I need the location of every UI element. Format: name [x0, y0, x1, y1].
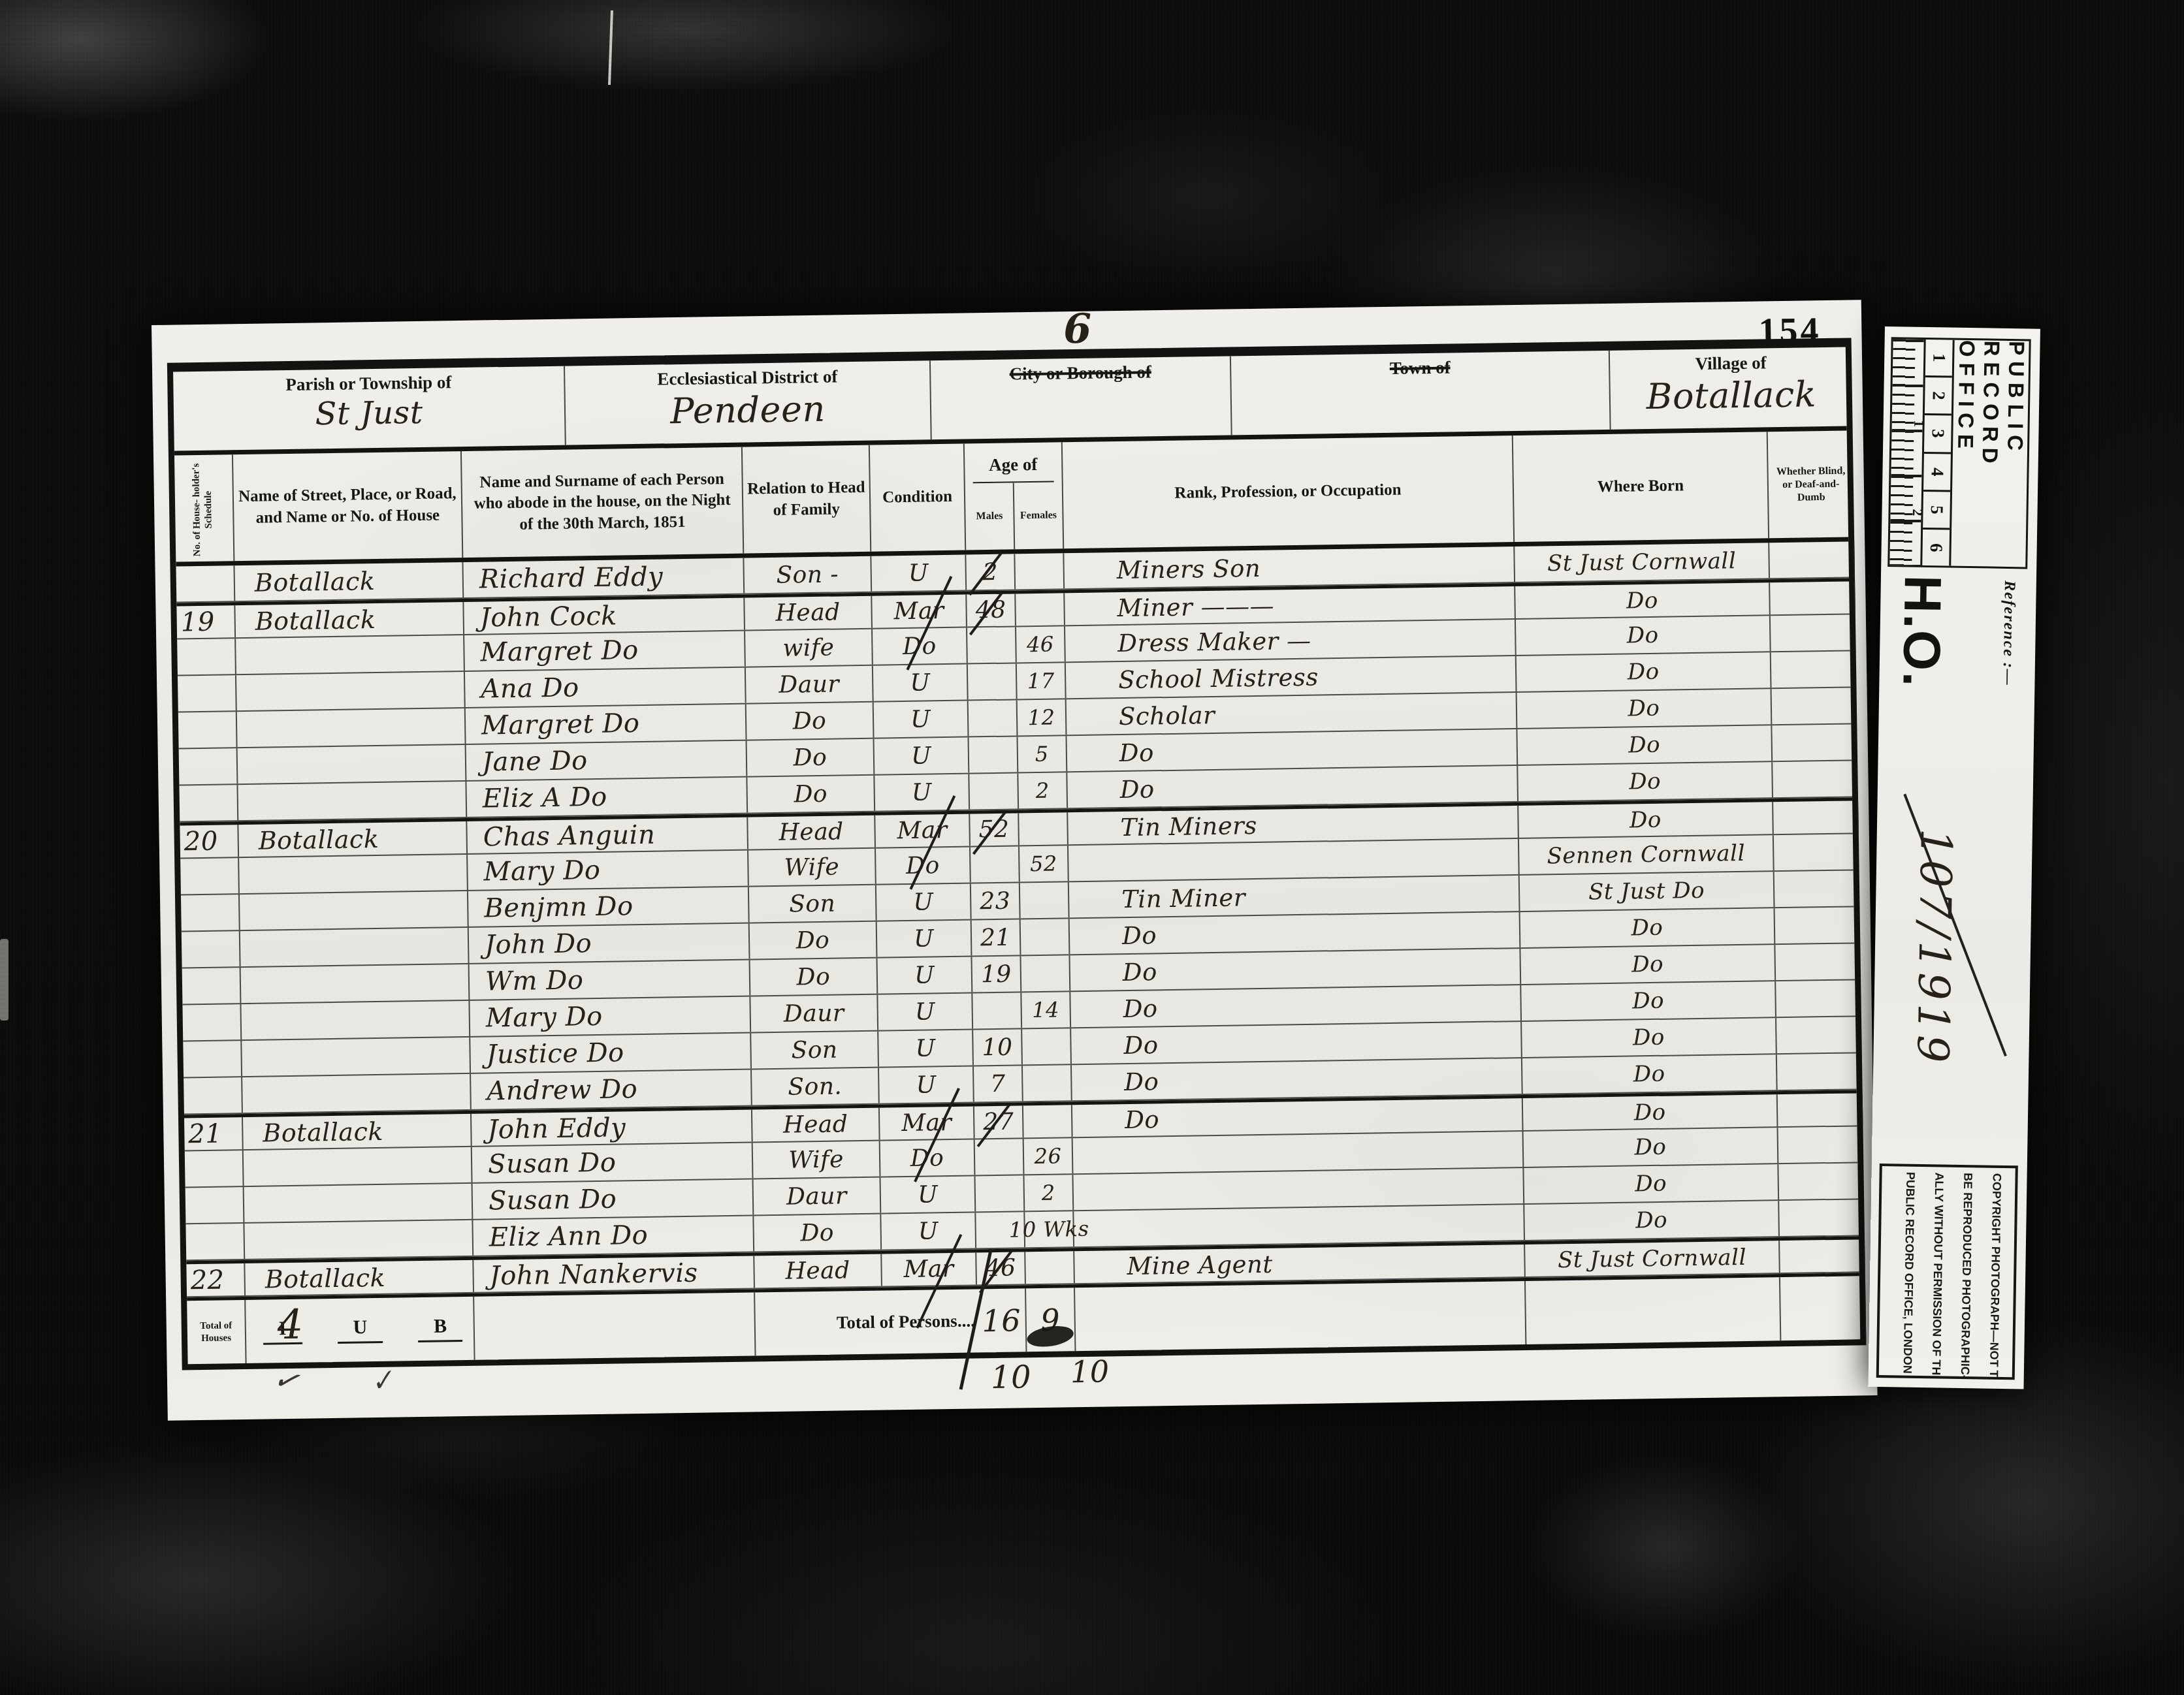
cell-born: Sennen Cornwall [1519, 835, 1774, 874]
handwritten-entry: Mar [893, 597, 944, 625]
handwritten-entry: U [916, 1071, 936, 1098]
handwritten-entry: U [912, 779, 932, 806]
cell-condition: U [878, 957, 973, 993]
total-persons-label-cell: Total of Persons.... [755, 1289, 978, 1355]
cell-relation: Do [750, 958, 878, 996]
cell-age-male [967, 627, 1017, 663]
handwritten-entry: wife [782, 634, 835, 661]
handwritten-entry: Do [1123, 1031, 1159, 1060]
cell-age-male [968, 663, 1018, 699]
reference-number: 107/1919 [1907, 829, 1961, 1067]
cell-schedule [181, 895, 240, 930]
handwritten-entry: Daur [786, 1182, 847, 1210]
census-table: Parish or Township of St Just Ecclesiast… [167, 338, 1867, 1370]
handwritten-entry: Do [1628, 695, 1660, 722]
cell-age-male: 48 [967, 594, 1016, 626]
cell-condition: U [879, 1066, 974, 1103]
corrected-males-total: 10 [991, 1359, 1032, 1396]
cell-name: John Cock [464, 598, 745, 634]
ruler-scale-number: 1 [1910, 420, 1927, 427]
cell-schedule [180, 858, 240, 894]
cell-born: Do [1518, 762, 1773, 801]
cell-born: St Just Do [1520, 872, 1775, 911]
handwritten-entry: Do [1123, 994, 1158, 1023]
handwritten-entry: Susan Do [489, 1184, 617, 1216]
cell-infirm [1774, 834, 1859, 870]
cell-age-female [1020, 882, 1070, 918]
total-houses-label-cell: Total of Houses [187, 1300, 246, 1364]
cell-occupation: Do [1067, 766, 1518, 808]
handwritten-entry: Mary Do [483, 855, 601, 887]
handwritten-entry: 19 [180, 607, 215, 637]
cell-schedule [184, 1077, 243, 1113]
summary-empty-cell [474, 1292, 756, 1359]
handwritten-entry: Head [783, 1111, 848, 1138]
cell-born: St Just Cornwall [1525, 1241, 1780, 1276]
handwritten-entry: 46 [1027, 632, 1054, 657]
cell-occupation: Miner ——— [1065, 586, 1516, 625]
handwritten-entry: 7 [990, 1070, 1006, 1097]
cell-condition: Do [873, 628, 968, 665]
houses-inhabited-value: 4 [277, 1301, 304, 1349]
cell-born: Do [1524, 1128, 1779, 1167]
division-label: Village of [1610, 347, 1852, 375]
cell-infirm [1772, 688, 1857, 724]
cell-condition: Mar [880, 1106, 975, 1139]
cell-relation: Daur [750, 995, 878, 1032]
handwritten-entry: 52 [1030, 851, 1057, 877]
cell-relation: Head [754, 1254, 882, 1288]
column-born: Where Born [1513, 432, 1769, 542]
handwritten-entry: U [914, 925, 934, 952]
column-age: Age of Males Females [965, 442, 1064, 550]
cell-name: Mary Do [468, 851, 749, 890]
cell-infirm [1775, 943, 1861, 980]
cell-born: Do [1517, 689, 1773, 728]
handwritten-entry: Do [800, 1219, 834, 1246]
cell-relation: Do [747, 703, 875, 740]
cell-age-female: 2 [1024, 1175, 1074, 1211]
copyright-line: COPYRIGHT PHOTOGRAPH—NOT TO [1980, 1173, 2012, 1372]
column-name: Name and Surname of each Person who abod… [462, 447, 744, 558]
cell-age-male: 10 [973, 1029, 1023, 1065]
summary-born-cell: 1 m [1526, 1277, 1781, 1344]
total-males-value: 16 [982, 1303, 1021, 1339]
cell-age-male: 7 [974, 1066, 1023, 1101]
cell-age-female: 52 [1020, 846, 1069, 881]
ruler-box-number: 5 [1927, 505, 1947, 515]
cell-condition: U [878, 993, 973, 1030]
cell-age-female [1021, 919, 1070, 955]
handwritten-entry: Do [1627, 659, 1659, 686]
handwritten-entry: Eliz A Do [482, 782, 607, 814]
handwritten-entry: Son - [776, 561, 839, 588]
handwritten-entry: 5 [1035, 742, 1049, 767]
cell-schedule [178, 675, 237, 711]
copyright-line: ALLY WITHOUT PERMISSION OF THE [1922, 1172, 1954, 1371]
cell-name: John Eddy [472, 1109, 753, 1145]
cell-schedule [176, 565, 235, 601]
cell-age-female [1015, 553, 1065, 589]
cell-born: Do [1522, 1054, 1778, 1094]
column-label: Condition [882, 486, 952, 509]
handwritten-entry: 22 [190, 1265, 225, 1295]
cell-born: Do [1522, 1018, 1777, 1057]
handwritten-entry: 26 [1034, 1143, 1061, 1169]
column-label: No. of House- holder's Schedule [190, 458, 215, 563]
handwritten-entry: Richard Eddy [479, 562, 663, 594]
building-label: B [418, 1315, 463, 1342]
handwritten-entry: Botallack [263, 1117, 383, 1147]
cell-street [244, 1184, 474, 1222]
cell-street [241, 1001, 470, 1039]
cell-name: Jane Do [466, 741, 748, 780]
cell-age-female: 17 [1017, 663, 1067, 699]
cell-infirm [1770, 581, 1855, 614]
ruler-box-number: 2 [1928, 391, 1948, 400]
cell-schedule: 22 [186, 1263, 246, 1296]
summary-empty-cell [1075, 1281, 1526, 1351]
handwritten-entry: Head [775, 599, 841, 626]
cell-name: Chas Anguin [467, 817, 748, 853]
cell-relation: Daur [746, 666, 874, 703]
cell-relation: Head [745, 596, 873, 630]
corrected-females-total: 10 [1070, 1354, 1110, 1389]
cell-relation: Son. [752, 1068, 880, 1105]
cell-condition: U [871, 555, 967, 592]
column-age-males: Males [965, 483, 1016, 550]
cell-age-female [1021, 955, 1070, 991]
cell-infirm [1778, 1163, 1864, 1199]
cell-occupation [1068, 839, 1520, 881]
cell-schedule [185, 1150, 244, 1186]
handwritten-entry: Mar [897, 817, 948, 844]
cell-condition: U [875, 738, 970, 774]
cell-age-female: 46 [1016, 626, 1066, 662]
cell-name: Benjmn Do [468, 887, 750, 927]
handwritten-entry: U [910, 706, 931, 733]
cell-age-female: 12 [1018, 699, 1067, 735]
copyright-text: COPYRIGHT PHOTOGRAPH—NOT TOBE REPRODUCED… [1883, 1171, 2012, 1372]
handwritten-entry: Do [794, 780, 827, 808]
reference-label: Reference :— [1999, 580, 2018, 686]
cell-street: Botallack [235, 602, 464, 637]
cell-condition: Do [876, 847, 971, 883]
ruler-box-number: 4 [1927, 467, 1947, 476]
handwritten-entry: Do [1626, 587, 1658, 614]
handwritten-entry: U [918, 1181, 938, 1208]
cell-infirm [1771, 614, 1856, 651]
handwritten-entry: Head [785, 1257, 850, 1284]
division-label: Parish or Township of [173, 366, 564, 397]
handwritten-entry: Botallack [258, 824, 379, 855]
handwritten-entry: Mar [903, 1256, 954, 1283]
cell-infirm [1776, 980, 1861, 1017]
cell-born: Do [1517, 725, 1773, 765]
uninhabited-label: U [337, 1316, 383, 1344]
cell-occupation: Dress Maker — [1065, 620, 1517, 661]
cell-age-male [969, 700, 1018, 736]
cell-occupation: Do [1070, 912, 1521, 954]
cell-age-male: 2 [966, 554, 1016, 590]
column-relation: Relation to Head of Family [743, 445, 871, 554]
division-value: Botallack [1610, 373, 1852, 417]
handwritten-entry: Do [793, 744, 827, 771]
cell-schedule: 19 [176, 605, 236, 638]
handwritten-entry: 10 Wks [1009, 1216, 1089, 1243]
cell-street [236, 672, 466, 710]
handwritten-entry: Mary Do [485, 1002, 603, 1034]
column-occupation: Rank, Profession, or Occupation [1063, 436, 1515, 548]
cell-schedule [182, 931, 241, 967]
film-speck [0, 939, 8, 1021]
handwritten-entry: Do [1125, 1105, 1160, 1134]
cell-relation: Do [747, 776, 875, 813]
cell-infirm [1778, 1093, 1863, 1126]
cell-age-male [975, 1139, 1025, 1175]
cell-relation: Do [747, 739, 875, 776]
handwritten-entry: Do [1628, 732, 1660, 759]
ruler-box: 5 [1923, 492, 1950, 530]
summary-empty-cell [1780, 1276, 1866, 1340]
column-age-subheads: Males Females [965, 482, 1063, 550]
handwritten-entry: Miners Son [1116, 554, 1261, 584]
handwritten-entry: 21 [980, 924, 1011, 951]
cell-occupation: Do [1071, 1022, 1522, 1064]
cell-schedule [183, 1041, 242, 1077]
handwritten-entry: Do [1119, 775, 1155, 804]
division-village: Village of Botallack [1610, 347, 1853, 429]
division-label: Ecclesiastical District of [565, 360, 930, 390]
cell-schedule [179, 748, 238, 784]
handwritten-entry: Do [1629, 768, 1661, 795]
division-town: Town of [1231, 351, 1611, 436]
cell-condition: Do [880, 1139, 976, 1176]
handwritten-entry: 14 [1032, 997, 1059, 1022]
cell-name: Susan Do [472, 1143, 754, 1182]
handwritten-entry: 17 [1027, 669, 1055, 694]
total-females-cell: 9 [1026, 1288, 1076, 1352]
cell-name: Margret Do [464, 631, 746, 671]
cell-occupation: Do [1072, 1098, 1524, 1137]
ruler-box: 1 [1925, 340, 1953, 378]
column-label: Rank, Profession, or Occupation [1174, 480, 1401, 505]
cell-relation: Daur [754, 1178, 882, 1215]
handwritten-entry: U [914, 962, 935, 989]
handwritten-entry: Justice Do [486, 1038, 624, 1069]
column-label: Relation to Head of Family [747, 477, 866, 522]
total-persons-label: Total of Persons.... [837, 1310, 975, 1333]
cell-street [242, 1074, 472, 1113]
cell-age-female [1023, 1105, 1073, 1137]
cell-age-male [972, 992, 1022, 1028]
handwritten-entry: 10 [982, 1034, 1012, 1061]
handwritten-entry: Wife [784, 853, 839, 881]
cell-infirm [1772, 724, 1857, 761]
total-males-cell: 16 [977, 1288, 1027, 1352]
cell-relation: Wife [753, 1141, 881, 1179]
handwritten-entry: Do [796, 963, 830, 990]
cell-street [237, 708, 466, 747]
reference-area: H.O. Reference :— [1886, 571, 2028, 723]
cell-schedule [182, 968, 242, 1004]
cell-condition: U [877, 920, 972, 957]
cell-name: John Nankervis [474, 1256, 755, 1291]
ruler-numbered-boxes: 123456 [1920, 340, 1954, 566]
cell-age-female [1016, 593, 1065, 626]
handwritten-entry: John Eddy [487, 1113, 626, 1145]
reference-department: H.O. [1891, 575, 1953, 688]
cell-name: Ana Do [465, 668, 747, 707]
cell-occupation: Do [1072, 1058, 1523, 1100]
handwritten-entry: Daur [784, 1000, 844, 1027]
cell-street: Botallack [245, 1260, 474, 1295]
cell-schedule [185, 1224, 245, 1259]
handwritten-entry: 21 [188, 1118, 223, 1149]
ruler-box-number: 6 [1926, 543, 1946, 552]
handwritten-entry: Son [791, 1036, 838, 1064]
cell-street: Botallack [238, 821, 468, 857]
pro-label-strip: 1 2 123456 PUBLIC RECORD OFFICE H.O. Ref… [1868, 326, 2040, 1389]
cell-relation: wife [745, 629, 873, 667]
cell-relation: Do [754, 1214, 882, 1252]
cell-occupation: Do [1070, 985, 1522, 1027]
handwritten-entry: Do [1632, 988, 1664, 1015]
handwritten-entry: U [910, 669, 930, 696]
handwritten-entry: Do [1634, 1134, 1666, 1161]
ruler-box: 4 [1923, 453, 1951, 492]
cell-street [239, 855, 468, 893]
cell-schedule: 21 [184, 1117, 244, 1150]
cell-age-male: 19 [972, 956, 1021, 992]
handwritten-entry: St Just Cornwall [1558, 1244, 1747, 1273]
division-city-borough: City or Borough of [931, 356, 1232, 439]
cell-relation: Son [749, 885, 877, 923]
column-condition: Condition [870, 444, 966, 552]
division-parish: Parish or Township of St Just [173, 366, 566, 451]
cell-schedule [185, 1187, 245, 1223]
handwritten-entry: U [915, 998, 935, 1025]
handwritten-entry: School Mistress [1118, 663, 1319, 694]
census-page: 6 154 Parish or Township of St Just Eccl… [152, 300, 1878, 1421]
column-age-label: Age of [972, 443, 1054, 484]
handwritten-entry: Son. [788, 1073, 843, 1100]
division-ecclesiastical: Ecclesiastical District of Pendeen [565, 360, 932, 445]
handwritten-entry: Tin Miner [1121, 883, 1245, 913]
handwritten-entry: Tin Miners [1120, 812, 1257, 842]
cell-occupation: Miners Son [1064, 547, 1515, 588]
cell-street [236, 635, 465, 674]
cell-name: Justice Do [470, 1033, 752, 1072]
cell-age-male: 21 [972, 919, 1021, 955]
cell-schedule [178, 712, 238, 748]
handwritten-entry: Do [1633, 1099, 1665, 1126]
column-schedule: No. of House- holder's Schedule [174, 454, 234, 562]
division-value: Pendeen [566, 387, 931, 433]
cell-born: Do [1523, 1094, 1778, 1130]
handwritten-entry: Do [1630, 806, 1662, 833]
handwritten-entry: St Just Cornwall [1547, 548, 1737, 577]
handwritten-entry: Botallack [255, 605, 376, 635]
handwritten-entry: Andrew Do [487, 1074, 637, 1106]
handwritten-entry: Chas Anguin [483, 819, 655, 852]
handwritten-entry: 2 [1042, 1180, 1055, 1205]
cell-infirm [1777, 1053, 1863, 1090]
cell-age-female: 14 [1021, 992, 1071, 1028]
cell-condition: U [875, 774, 970, 810]
cell-age-female [1025, 1251, 1075, 1284]
handwritten-entry: Do [1124, 1068, 1159, 1096]
cell-age-male: 52 [970, 813, 1020, 846]
cell-relation: Son - [744, 556, 872, 594]
cell-condition: U [876, 883, 972, 920]
cell-relation: Head [748, 816, 876, 849]
cell-condition: U [881, 1212, 976, 1249]
schedule-page-annotation: 6 [1063, 305, 1093, 353]
cell-street [241, 964, 470, 1003]
cell-name: Eliz Ann Do [473, 1216, 754, 1255]
handwritten-entry: Do [1631, 915, 1663, 942]
cell-infirm [1776, 1017, 1862, 1053]
handwritten-entry: Do [1635, 1207, 1667, 1234]
cell-street [240, 891, 469, 930]
census-rows: BotallackRichard EddySon -U2Miners SonSt… [176, 541, 1859, 1297]
cell-name: Wm Do [470, 960, 751, 1000]
division-label: City or Borough of [931, 356, 1230, 386]
cell-age-female [1019, 812, 1068, 845]
cell-infirm [1771, 651, 1857, 688]
cell-born: Do [1520, 945, 1776, 984]
column-label: Whether Blind, or Deaf-and-Dumb [1772, 464, 1850, 505]
total-houses-label: Total of Houses [187, 1320, 246, 1345]
handwritten-entry: U [913, 889, 933, 915]
column-label: Where Born [1598, 475, 1684, 498]
cell-occupation [1074, 1205, 1525, 1246]
copyright-box: COPYRIGHT PHOTOGRAPH—NOT TOBE REPRODUCED… [1876, 1164, 2018, 1380]
ruler: 1 2 123456 PUBLIC RECORD OFFICE [1887, 337, 2031, 569]
handwritten-entry: John Do [485, 928, 592, 960]
cell-schedule [177, 639, 236, 674]
cell-relation: Do [750, 922, 878, 959]
ruler-ticks: 1 2 [1889, 339, 1923, 565]
handwritten-entry: Susan Do [488, 1148, 617, 1180]
cell-age-female [1022, 1028, 1072, 1064]
cell-age-female: 5 [1018, 736, 1067, 772]
ruler-box: 2 [1925, 377, 1952, 416]
column-age-females: Females [1014, 482, 1063, 549]
cell-occupation: Scholar [1067, 693, 1518, 735]
cell-age-male: 23 [971, 883, 1021, 919]
handwritten-entry: Mine Agent [1127, 1250, 1273, 1280]
cell-occupation [1073, 1132, 1524, 1173]
cell-born: Do [1524, 1164, 1779, 1203]
cell-infirm [1773, 761, 1858, 797]
handwritten-entry: Jane Do [482, 746, 588, 777]
cell-occupation [1073, 1168, 1524, 1210]
handwritten-entry: Wife [788, 1146, 844, 1173]
division-label: Town of [1231, 351, 1609, 381]
cell-occupation: Mine Agent [1074, 1244, 1526, 1283]
cell-street [244, 1147, 473, 1186]
handwritten-entry: Margret Do [481, 708, 640, 741]
ruler-box-number: 3 [1927, 429, 1948, 438]
cell-street [238, 745, 467, 784]
cell-street [242, 1038, 471, 1076]
handwritten-entry: Do [1119, 738, 1155, 767]
division-value: St Just [174, 392, 565, 435]
handwritten-entry: Sennen Cornwall [1547, 840, 1745, 869]
handwritten-entry: 20 [184, 826, 218, 857]
